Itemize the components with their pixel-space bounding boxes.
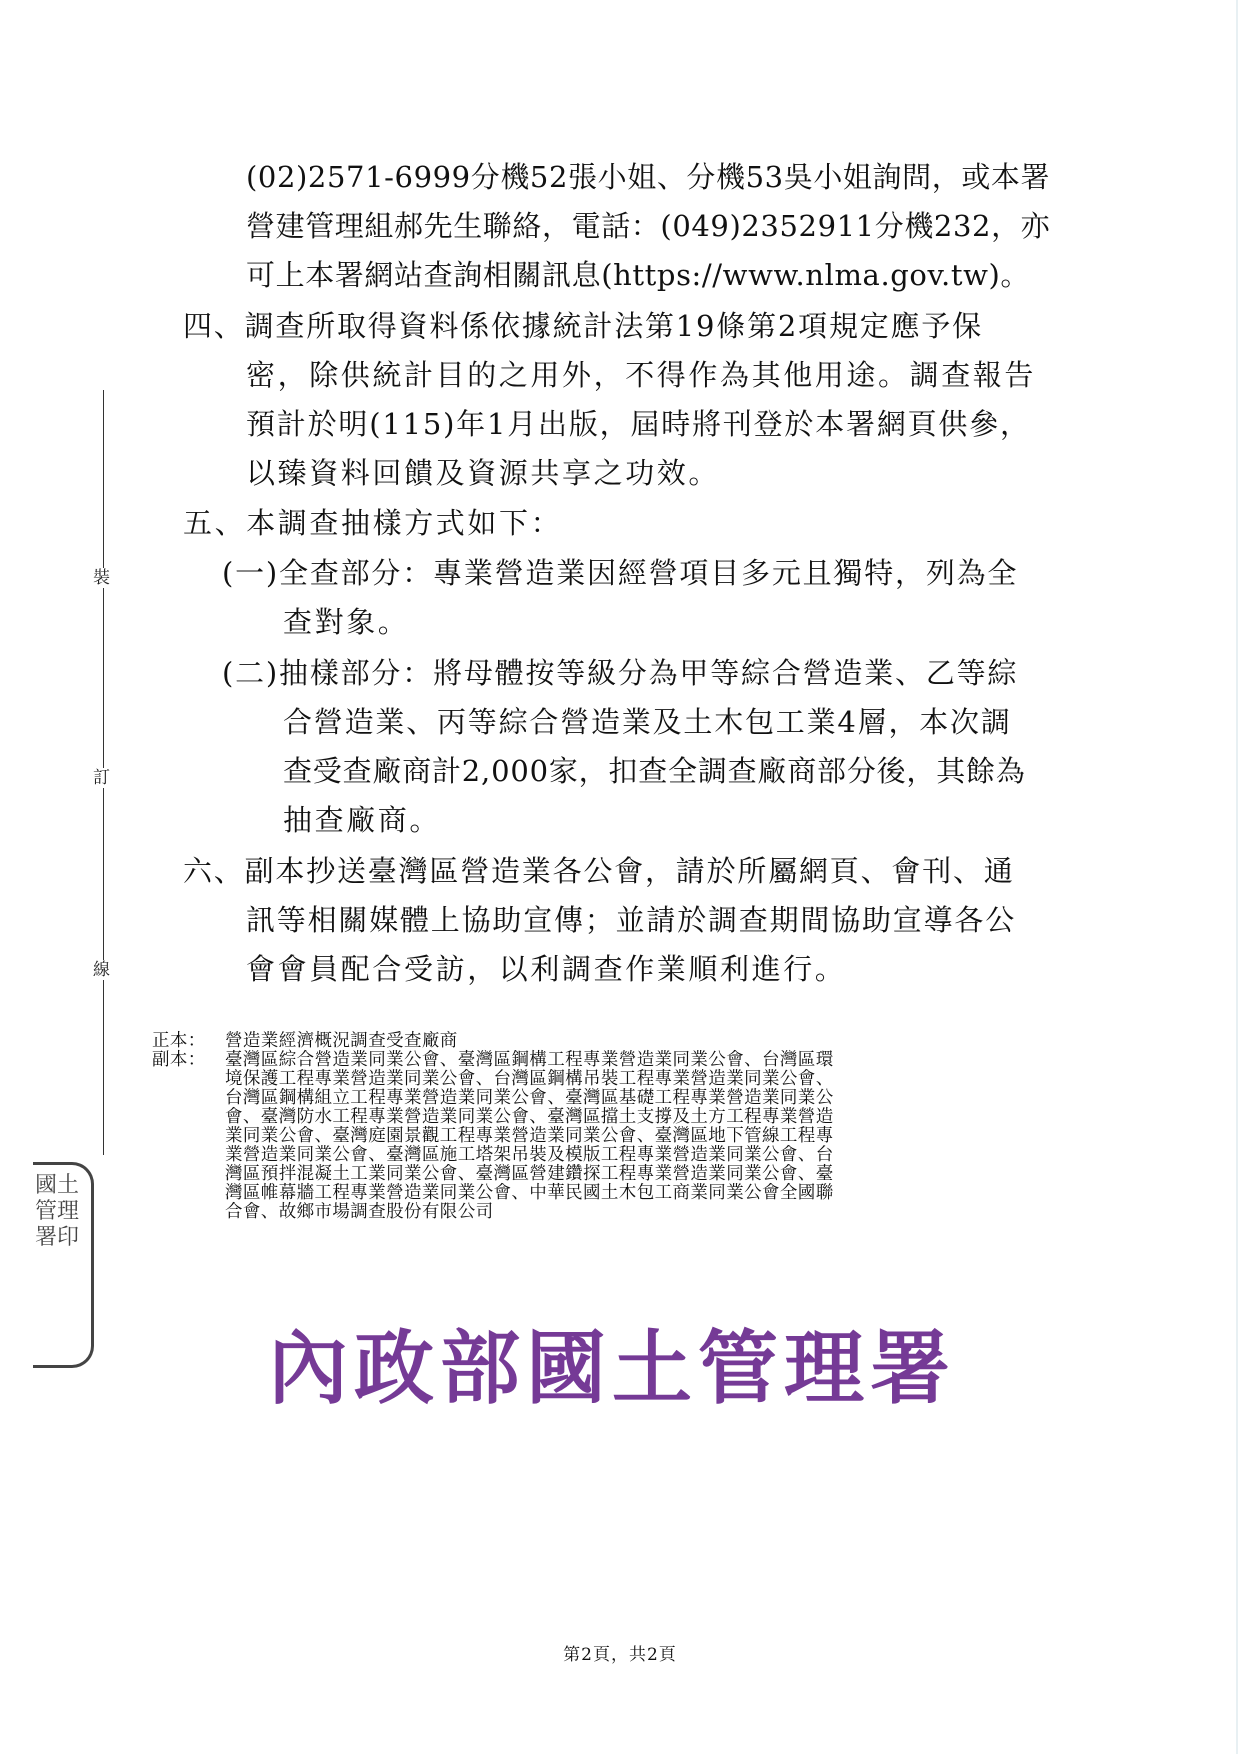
copy-line: 境保護工程專業營造業同業公會、台灣區鋼構吊裝工程專業營造業同業公會、	[225, 1070, 834, 1088]
original-recipient: 營造業經濟概況調查受查廠商	[225, 1032, 458, 1050]
copy-line: 灣區帷幕牆工程專業營造業同業公會、中華民國土木包工商業同業公會全國聯	[225, 1184, 834, 1202]
copy-line: 台灣區鋼構組立工程專業營造業同業公會、臺灣區基礎工程專業營造業同業公	[225, 1089, 834, 1107]
body-line: 以臻資料回饋及資源共享之功效。	[246, 456, 720, 490]
body-line: (02)2571-6999分機52張小姐、分機53吳小姐詢問，或本署	[246, 160, 1050, 194]
page-number: 第2頁，共2頁	[0, 1640, 1240, 1665]
copy-line: 臺灣區綜合營造業同業公會、臺灣區鋼構工程專業營造業同業公會、台灣區環	[225, 1051, 834, 1069]
seal-text: 國土管理署印	[35, 1173, 83, 1251]
body-line: 查對象。	[283, 605, 409, 639]
body-line: 可上本署網站查詢相關訊息(https://www.nlma.gov.tw)。	[246, 258, 1030, 292]
body-line: 密，除供統計目的之用外，不得作為其他用途。調查報告	[246, 358, 1036, 392]
original-label: 正本：	[152, 1032, 206, 1050]
scan-edge	[1236, 0, 1238, 1754]
body-line: 四、調查所取得資料係依據統計法第19條第2項規定應予保	[183, 309, 983, 343]
section-heading: 五、本調查抽樣方式如下：	[183, 506, 562, 540]
copy-line: 合會、故鄉市場調查股份有限公司	[225, 1203, 494, 1221]
body-line: 查受查廠商計2,000家，扣查全調查廠商部分後，其餘為	[283, 754, 1026, 788]
binding-char-xian: 線	[93, 960, 110, 980]
body-line: 會會員配合受訪，以利調查作業順利進行。	[246, 952, 846, 986]
copy-line: 灣區預拌混凝土工業同業公會、臺灣區營建鑽探工程專業營造業同業公會、臺	[225, 1165, 834, 1183]
body-line: 抽查廠商。	[283, 803, 441, 837]
body-line: (一)全查部分：專業營造業因經營項目多元且獨特，列為全	[222, 556, 1018, 590]
agency-stamp: 內政部國土管理署	[268, 1318, 956, 1418]
copy-line: 會、臺灣防水工程專業營造業同業公會、臺灣區擋土支撐及土方工程專業營造	[225, 1108, 834, 1126]
official-seal-partial: 國土管理署印	[33, 1162, 94, 1368]
binding-char-ding: 訂	[93, 768, 110, 788]
copy-line: 業營造業同業公會、臺灣區施工塔架吊裝及模版工程專業營造業同業公會、台	[225, 1146, 834, 1164]
copy-line: 業同業公會、臺灣庭園景觀工程專業營造業同業公會、臺灣區地下管線工程專	[225, 1127, 834, 1145]
body-line: 營建管理組郝先生聯絡，電話：(049)2352911分機232，亦	[246, 209, 1050, 243]
copy-label: 副本：	[152, 1051, 206, 1069]
body-line: 預計於明(115)年1月出版，屆時將刊登於本署網頁供參，	[246, 407, 1031, 441]
binding-char-zhuang: 裝	[93, 568, 110, 588]
body-line: 合營造業、丙等綜合營造業及土木包工業4層，本次調	[283, 705, 1012, 739]
body-line: 六、副本抄送臺灣區營造業各公會，請於所屬網頁、會刊、通	[183, 854, 1015, 888]
body-line: (二)抽樣部分：將母體按等級分為甲等綜合營造業、乙等綜	[222, 656, 1018, 690]
body-line: 訊等相關媒體上協助宣傳；並請於調查期間協助宣導各公	[246, 903, 1016, 937]
